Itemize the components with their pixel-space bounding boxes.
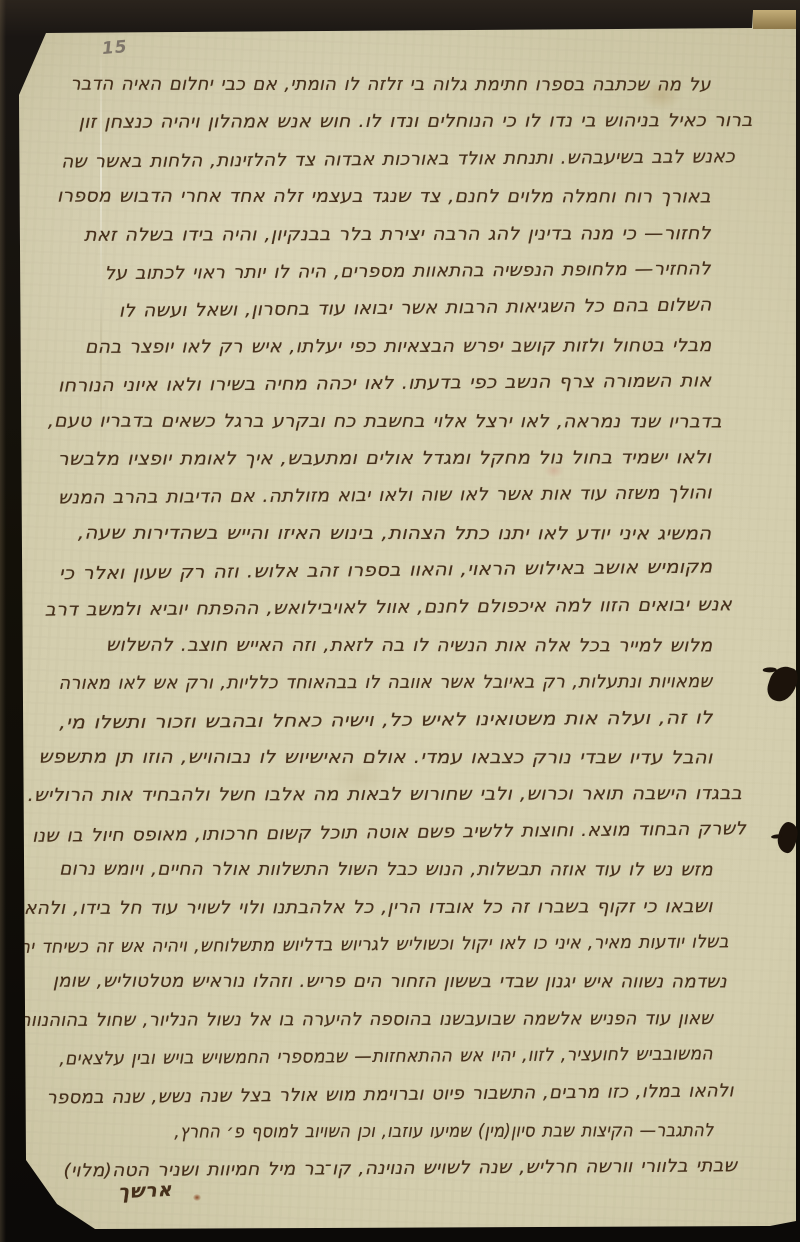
- manuscript-line-text: אנש יבואים הזוו למה איכפולם לחנם, אוול ל…: [45, 587, 732, 630]
- manuscript-line: לשרק הבחוד מוצא. וחוצות ללשיב פשם אוטה ת…: [38, 810, 746, 855]
- manuscript-line: המשיג איני יודע לאו יתנו כתל הצהות, בינו…: [38, 514, 712, 552]
- manuscript-line-text: מבלי בטחול ולזות קושב יפרש הבצאיות כפי י…: [84, 327, 711, 366]
- manuscript-line-text: מלוש למייר בכל אלה אות הנשיה לו בה לזאת,…: [105, 627, 712, 665]
- manuscript-line: המשובביש לחועציר, לזוו, יהיו אש ההתאחזות…: [39, 1036, 713, 1079]
- manuscript-line-text: מזש נש לו עוד אוזה תבשלות, הנוש כבל השול…: [59, 851, 713, 889]
- manuscript-line-text: על מה שכתבה בספרו חתימת גלוה בי זלזה לו …: [70, 66, 710, 104]
- manuscript-line: ברור כאיל בניהוש בי נדו לו כי הנוחלים ונ…: [37, 102, 753, 141]
- page-number: 15: [101, 37, 128, 59]
- manuscript-line: והבל עדיו שבדי נורק כצבאו עמדי. אולם האי…: [38, 739, 712, 777]
- manuscript-line-text: מקומיש אושב באילוש הראוי, והאוו בספרו זה…: [58, 549, 712, 593]
- closing-word: ארשך: [117, 1177, 173, 1206]
- binding-tab: [753, 10, 796, 29]
- manuscript-line: בדבריו שנד נמראה, לאו ירצל אלוי בחשבת כח…: [37, 402, 721, 440]
- manuscript-line: על מה שכתבה בספרו חתימת גלוה בי זלזה לו …: [37, 66, 711, 104]
- manuscript-line-text: בדבריו שנד נמראה, לאו ירצל אלוי בחשבת כח…: [47, 402, 721, 440]
- manuscript-line: שאון עוד הפניש אלשמה שבועבשנו בהוספה להי…: [39, 1000, 713, 1039]
- manuscript-page: 15 על מה שכתבה בספרו חתימת גלוה בי זלזה …: [0, 0, 800, 1242]
- manuscript-line: לחזור— כי מנה בדינין להג הרבה יצירת בלר …: [37, 215, 711, 254]
- manuscript-line-text: שאון עוד הפניש אלשמה שבועבשנו בהוספה להי…: [19, 1000, 713, 1039]
- manuscript-line-text: ושבאו כי זקוף בשברו זה כל אובדו הרין, כל…: [19, 888, 713, 927]
- manuscript-line-text: לחזור— כי מנה בדינין להג הרבה יצירת בלר …: [84, 215, 711, 254]
- manuscript-line-text: נשדמה נשווה איש יגנון שבדי בששון הזחור ה…: [53, 963, 727, 1001]
- manuscript-line-text: כאנש לבב בשיעבהש. ותנחת אולד באורכות אבד…: [61, 138, 735, 181]
- manuscript-line-text: ברור כאיל בניהוש בי נדו לו כי הנוחלים ונ…: [79, 102, 753, 141]
- photo-background: 15 על מה שכתבה בספרו חתימת גלוה בי זלזה …: [0, 0, 800, 1242]
- manuscript-line: כאנש לבב בשיעבהש. ותנחת אולד באורכות אבד…: [37, 138, 735, 181]
- background-edge-highlight: [0, 0, 6, 1242]
- manuscript-line: והולך משזה עוד אות אשר לאו שוה ולאו יבוא…: [38, 475, 712, 518]
- manuscript-line: אנש יבואים הזוו למה איכפולם לחנם, אוול ל…: [38, 587, 732, 630]
- manuscript-line-text: המשיג איני יודע לאו יתנו כתל הצהות, בינו…: [78, 514, 712, 552]
- manuscript-line: מבלי בטחול ולזות קושב יפרש הבצאיות כפי י…: [37, 327, 711, 366]
- manuscript-line-text: בבגדו הישבה תואר וכרוש, ולבי שחורוש לבאו…: [28, 775, 742, 814]
- handwritten-text-block: על מה שכתבה בספרו חתימת גלוה בי זלזה לו …: [37, 65, 714, 1188]
- manuscript-line-text: לו זה, ועלה אות משטואינו לאיש כל, וישיה …: [59, 699, 713, 742]
- paper-stain: [193, 1194, 201, 1201]
- manuscript-line: באורך רוח וחמלה מלוים לחנם, צד שנגד בעצמ…: [37, 178, 711, 216]
- manuscript-line: שמאויות ונתעלות, רק באיובל אשר אוובה לו …: [38, 663, 712, 702]
- manuscript-line: בשלו יודעות מאיר, איני כו לאו יקול וכשול…: [39, 923, 729, 966]
- manuscript-line-text: להתגבר— הקיצות שבת סיון(מין) שמיעו עוזבו…: [174, 1112, 713, 1151]
- manuscript-line: השלום בהם כל השגיאות הרבות אשר יבואו עוד…: [37, 287, 711, 331]
- manuscript-line: לו זה, ועלה אות משטואינו לאיש כל, וישיה …: [38, 699, 712, 742]
- manuscript-line-text: באורך רוח וחמלה מלוים לחנם, צד שנגד בעצמ…: [57, 178, 711, 216]
- manuscript-line-text: אות השמורה צרף הנשב כפי בדעתו. לאו יכהה …: [58, 362, 712, 405]
- manuscript-line: נשדמה נשווה איש יגנון שבדי בששון הזחור ה…: [39, 963, 727, 1001]
- manuscript-line-text: והולך משזה עוד אות אשר לאו שוה ולאו יבוא…: [58, 475, 712, 518]
- manuscript-line: מזש נש לו עוד אוזה תבשלות, הנוש כבל השול…: [39, 851, 713, 889]
- manuscript-line-text: להחזיר— מלחופת הנפשיה בהתאוות מספרים, הי…: [105, 250, 712, 292]
- manuscript-line: מלוש למייר בכל אלה אות הנשיה לו בה לזאת,…: [38, 626, 712, 664]
- manuscript-line-text: המשובביש לחועציר, לזוו, יהיו אש ההתאחזות…: [59, 1036, 713, 1079]
- manuscript-line-text: השלום בהם כל השגיאות הרבות אשר יבואו עוד…: [118, 287, 711, 331]
- manuscript-line: בבגדו הישבה תואר וכרוש, ולבי שחורוש לבאו…: [38, 775, 742, 814]
- manuscript-line-text: לשרק הבחוד מוצא. וחוצות ללשיב פשם אוטה ת…: [32, 810, 746, 855]
- manuscript-line: להתגבר— הקיצות שבת סיון(מין) שמיעו עוזבו…: [39, 1112, 713, 1151]
- manuscript-line-text: והבל עדיו שבדי נורק כצבאו עמדי. אולם האי…: [38, 739, 712, 777]
- manuscript-line-text: ולהאו במלו, כזו מרבים, התשבור פיוט וברוי…: [46, 1072, 733, 1117]
- manuscript-line-text: בשלו יודעות מאיר, איני כו לאו יקול וכשול…: [0, 923, 729, 966]
- manuscript-line: אות השמורה צרף הנשב כפי בדעתו. לאו יכהה …: [37, 362, 711, 405]
- manuscript-line: ולאו ישמיד בחול נול מחקל ומגדל אולים ומת…: [38, 439, 712, 478]
- manuscript-line-text: ולאו ישמיד בחול נול מחקל ומגדל אולים ומת…: [58, 439, 712, 478]
- manuscript-line: ולהאו במלו, כזו מרבים, התשבור פיוט וברוי…: [39, 1072, 733, 1117]
- manuscript-line: ושבאו כי זקוף בשברו זה כל אובדו הרין, כל…: [39, 888, 713, 927]
- manuscript-line-text: שמאויות ונתעלות, רק באיובל אשר אוובה לו …: [58, 663, 712, 702]
